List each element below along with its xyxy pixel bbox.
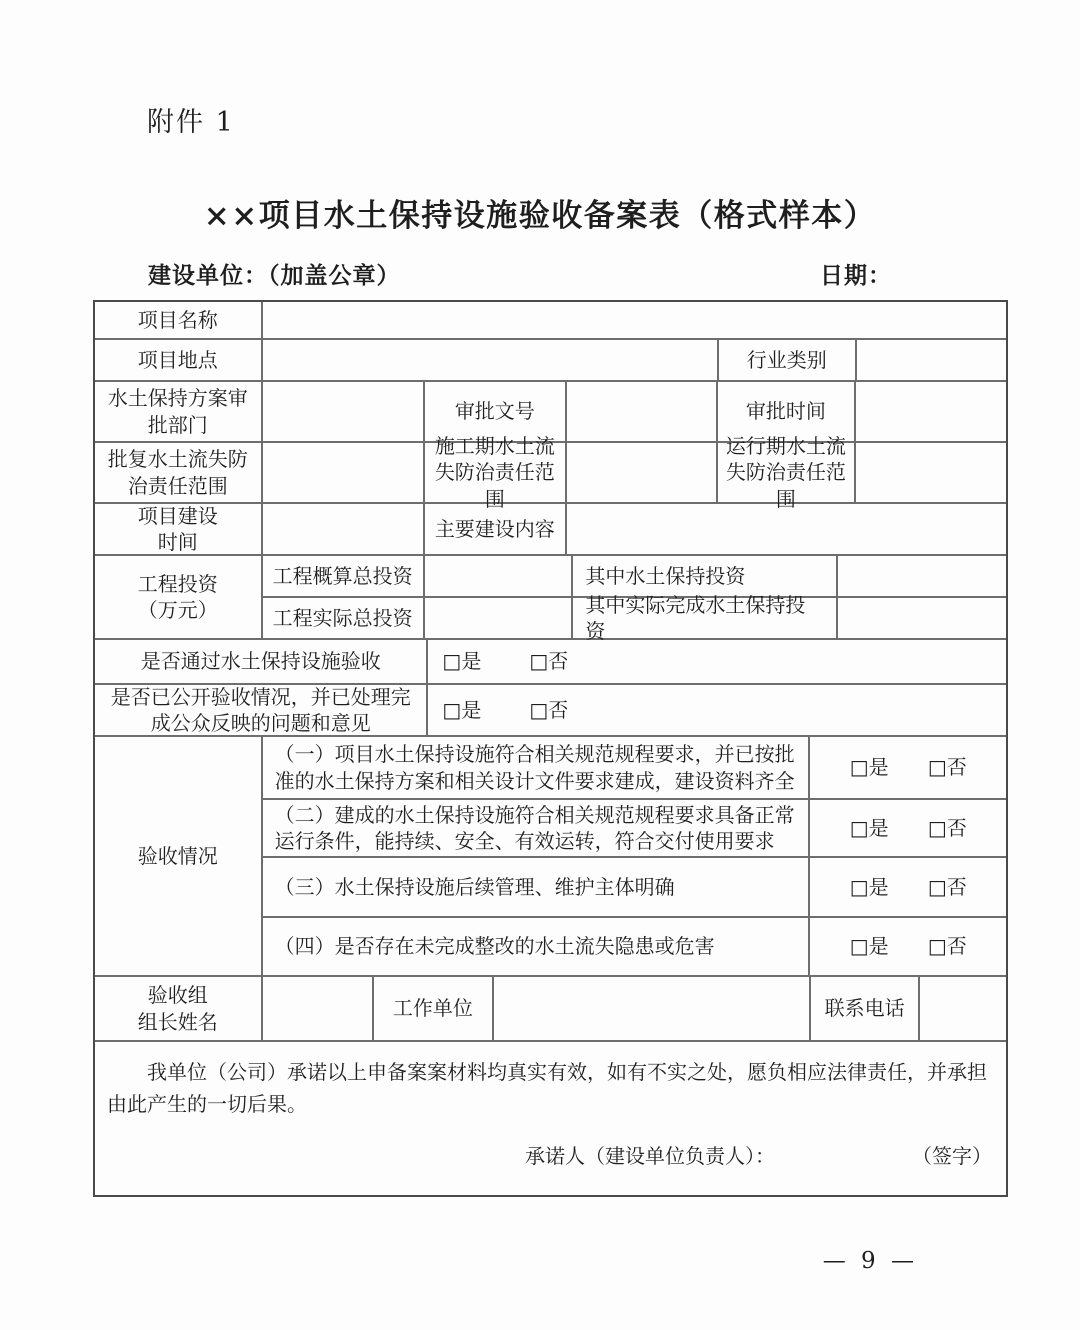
form-table: 项目名称 项目地点 行业类别 水土保持方案审批部门 审批文号 审批时间 批复水土… — [93, 300, 1008, 1197]
label-operation-scope: 运行期水土流失防治责任范围 — [718, 443, 856, 502]
date-label: 日期： — [820, 257, 892, 290]
checkbox-yes: □是 — [442, 648, 481, 674]
checkbox-yes: □是 — [850, 754, 889, 780]
commitment-text: 我单位（公司）承诺以上申备案案材料均真实有效，如有不实之处，愿负相应法律责任，并… — [107, 1056, 994, 1121]
checkbox-no: □否 — [928, 815, 967, 841]
row-project-name: 项目名称 — [95, 302, 1006, 340]
row-acceptance-item-3: （三）水土保持设施后续管理、维护主体明确 □是 □否 — [263, 858, 1006, 918]
label-investment: 工程投资 （万元） — [95, 556, 263, 638]
checkbox-yes: □是 — [850, 933, 889, 959]
row-project-location: 项目地点 行业类别 — [95, 340, 1006, 382]
cell-industry-category-value — [857, 340, 1006, 380]
label-project-name: 项目名称 — [95, 302, 263, 338]
signer-label: 承诺人（建设单位负责人）： — [525, 1143, 775, 1169]
cell-project-location-value — [263, 340, 719, 380]
label-passed-acceptance: 是否通过水土保持设施验收 — [95, 640, 428, 683]
row-acceptance-item-2: （二）建成的水土保持设施符合相关规范规程要求具备正常运行条件，能持续、安全、有效… — [263, 800, 1006, 858]
acceptance-item-text: （一）项目水土保持设施符合相关规范规程要求，并已按批准的水土保持方案和相关设计文… — [263, 737, 811, 798]
row-group-leader: 验收组 组长姓名 工作单位 联系电话 — [95, 977, 1006, 1042]
checkbox-no: □否 — [529, 697, 568, 723]
cell-approval-doc-no-value — [567, 382, 718, 441]
acceptance-subrows: （一）项目水土保持设施符合相关规范规程要求，并已按批准的水土保持方案和相关设计文… — [263, 737, 1006, 975]
row-passed-acceptance: 是否通过水土保持设施验收 □是 □否 — [95, 640, 1006, 685]
row-acceptance-situation: 验收情况 （一）项目水土保持设施符合相关规范规程要求，并已按批准的水土保持方案和… — [95, 737, 1006, 977]
cell-group-leader-name-value — [263, 977, 374, 1040]
label-actual-total: 工程实际总投资 — [263, 598, 425, 638]
commitment-cell: 我单位（公司）承诺以上申备案案材料均真实有效，如有不实之处，愿负相应法律责任，并… — [95, 1042, 1006, 1195]
row-construction-time: 项目建设 时间 主要建设内容 — [95, 504, 1006, 556]
label-estimate-total: 工程概算总投资 — [263, 556, 425, 596]
label-main-construction-content: 主要建设内容 — [425, 504, 567, 554]
checkbox-no: □否 — [928, 874, 967, 900]
label-construction-time: 项目建设 时间 — [95, 504, 263, 554]
cell-actual-swc-value — [838, 598, 1006, 638]
document-page: 附件 1 ××项目水土保持设施验收备案表（格式样本） 建设单位：（加盖公章） 日… — [0, 0, 1080, 1330]
checkbox-no: □否 — [928, 754, 967, 780]
cell-approval-time-value — [856, 382, 1006, 441]
attachment-label: 附件 1 — [147, 100, 235, 139]
acceptance-item-text: （四）是否存在未完成整改的水土流失隐患或危害 — [263, 918, 811, 975]
label-estimate-swc: 其中水土保持投资 — [573, 556, 838, 596]
cell-acceptance-item-2-options: □是 □否 — [810, 800, 1006, 856]
acceptance-item-text: （二）建成的水土保持设施符合相关规范规程要求具备正常运行条件，能持续、安全、有效… — [263, 800, 811, 856]
cell-estimate-swc-value — [838, 556, 1006, 596]
label-acceptance-situation: 验收情况 — [95, 737, 263, 975]
cell-passed-acceptance-options: □是 □否 — [428, 640, 1006, 683]
cell-work-unit-value — [494, 977, 811, 1040]
cell-approval-dept-value — [263, 382, 425, 441]
label-actual-swc: 其中实际完成水土保持投资 — [573, 598, 838, 638]
label-work-unit: 工作单位 — [374, 977, 494, 1040]
cell-acceptance-item-1-options: □是 □否 — [810, 737, 1006, 798]
cell-main-construction-content-value — [567, 504, 1006, 554]
cell-construction-time-value — [263, 504, 425, 554]
checkbox-no: □否 — [928, 933, 967, 959]
label-contact-phone: 联系电话 — [811, 977, 920, 1040]
row-acceptance-item-1: （一）项目水土保持设施符合相关规范规程要求，并已按批准的水土保持方案和相关设计文… — [263, 737, 1006, 800]
checkbox-yes: □是 — [850, 815, 889, 841]
row-public-disclosure: 是否已公开验收情况，并已处理完成公众反映的问题和意见 □是 □否 — [95, 685, 1006, 737]
row-commitment: 我单位（公司）承诺以上申备案案材料均真实有效，如有不实之处，愿负相应法律责任，并… — [95, 1042, 1006, 1195]
builder-unit-label: 建设单位：（加盖公章） — [148, 257, 401, 290]
label-project-location: 项目地点 — [95, 340, 263, 380]
cell-approved-scope-value — [263, 443, 425, 502]
cell-contact-phone-value — [920, 977, 1006, 1040]
cell-public-disclosure-options: □是 □否 — [428, 685, 1006, 735]
checkbox-no: □否 — [529, 648, 568, 674]
acceptance-item-text: （三）水土保持设施后续管理、维护主体明确 — [263, 858, 811, 916]
page-title: ××项目水土保持设施验收备案表（格式样本） — [0, 190, 1080, 235]
label-industry-category: 行业类别 — [719, 340, 857, 380]
row-investment-actual: 工程实际总投资 其中实际完成水土保持投资 — [263, 598, 1006, 638]
signature-label: （签字） — [912, 1143, 992, 1169]
checkbox-yes: □是 — [442, 697, 481, 723]
label-group-leader-name: 验收组 组长姓名 — [95, 977, 263, 1040]
row-investment: 工程投资 （万元） 工程概算总投资 其中水土保持投资 工程实际总投资 其中实际完… — [95, 556, 1006, 640]
label-approved-scope: 批复水土流失防治责任范围 — [95, 443, 263, 502]
checkbox-yes: □是 — [850, 874, 889, 900]
row-acceptance-item-4: （四）是否存在未完成整改的水土流失隐患或危害 □是 □否 — [263, 918, 1006, 975]
row-responsibility-scope: 批复水土流失防治责任范围 施工期水土流失防治责任范围 运行期水土流失防治责任范围 — [95, 443, 1006, 504]
cell-project-name-value — [263, 302, 1006, 338]
cell-construction-scope-value — [567, 443, 718, 502]
label-approval-dept: 水土保持方案审批部门 — [95, 382, 263, 441]
cell-operation-scope-value — [856, 443, 1006, 502]
cell-actual-total-value — [425, 598, 574, 638]
label-public-disclosure: 是否已公开验收情况，并已处理完成公众反映的问题和意见 — [95, 685, 428, 735]
label-construction-scope: 施工期水土流失防治责任范围 — [425, 443, 567, 502]
cell-estimate-total-value — [425, 556, 574, 596]
page-number: — 9 — — [823, 1248, 918, 1274]
cell-acceptance-item-4-options: □是 □否 — [810, 918, 1006, 975]
subheader: 建设单位：（加盖公章） 日期： — [148, 257, 1008, 290]
cell-acceptance-item-3-options: □是 □否 — [810, 858, 1006, 916]
investment-subrows: 工程概算总投资 其中水土保持投资 工程实际总投资 其中实际完成水土保持投资 — [263, 556, 1006, 638]
